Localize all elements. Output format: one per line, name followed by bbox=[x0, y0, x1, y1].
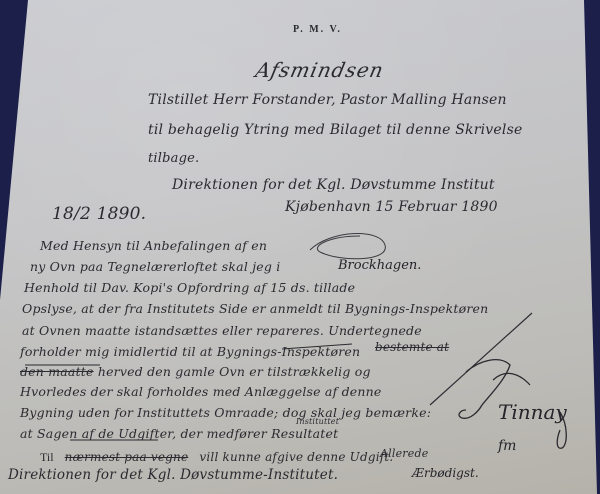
reply-line-6: forholder mig imidlertid til at Bygnings… bbox=[20, 344, 360, 359]
place-date: Kjøbenhavn 15 Februar 1890 bbox=[285, 199, 498, 215]
closing: Allerede bbox=[380, 447, 428, 460]
til-label: Til bbox=[40, 450, 54, 464]
right-signature-suffix: fm bbox=[498, 438, 516, 454]
til-rest: vill kunne afgive denne Udgift. bbox=[199, 450, 393, 464]
letterhead-initials: P. M. V. bbox=[293, 24, 342, 35]
annotation-signature: Brockhagen. bbox=[338, 258, 421, 273]
reply-line-10: at Sagen af de Udgifter, der medfører Re… bbox=[20, 426, 338, 441]
document-title: Afsmindsen bbox=[253, 58, 386, 82]
addressee: Direktionen for det Kgl. Døvstumme-Insti… bbox=[8, 467, 338, 483]
body-line-3: tilbage. bbox=[148, 151, 199, 166]
reply-line-5: at Ovnen maatte istandsættes eller repar… bbox=[22, 323, 422, 338]
reply-line-3: Henhold til Dav. Kopi's Opfordring af 15… bbox=[24, 280, 355, 295]
body-line-1: Tilstillet Herr Forstander, Pastor Malli… bbox=[148, 92, 507, 108]
struck-text: bestemte at bbox=[375, 340, 449, 354]
reply-line-7-struck: den maatte herved den gamle Ovn er tilst… bbox=[20, 364, 371, 379]
reply-line-4: Opslyse, at der fra Institutets Side er … bbox=[22, 301, 488, 316]
reply-line-8: Hvorledes der skal forholdes med Anlægge… bbox=[20, 384, 381, 399]
reply-line-9: Bygning uden for Instituttets Omraade; d… bbox=[20, 405, 431, 420]
til-line: Til nærmest paa vegne vill kunne afgive … bbox=[40, 446, 393, 465]
right-signature-name: Tinnay bbox=[498, 400, 567, 424]
reply-line-2: ny Ovn paa Tegnelærerloftet skal jeg i bbox=[30, 259, 280, 274]
insert-above: Instituttet bbox=[296, 417, 339, 426]
reply-line-7: herved den gamle Ovn er tilstrækkelig og bbox=[98, 364, 371, 379]
body-line-2: til behagelig Ytring med Bilaget til den… bbox=[148, 122, 522, 138]
sender-institution: Direktionen for det Kgl. Døvstumme Insti… bbox=[172, 177, 495, 193]
closing-signature: Ærbødigst. bbox=[412, 466, 479, 480]
til-struck: nærmest paa vegne bbox=[65, 450, 189, 464]
reply-line-1: Med Hensyn til Anbefalingen af en bbox=[40, 238, 267, 253]
margin-date: 18/2 1890. bbox=[52, 204, 146, 224]
struck-text-2: den maatte bbox=[20, 364, 94, 379]
